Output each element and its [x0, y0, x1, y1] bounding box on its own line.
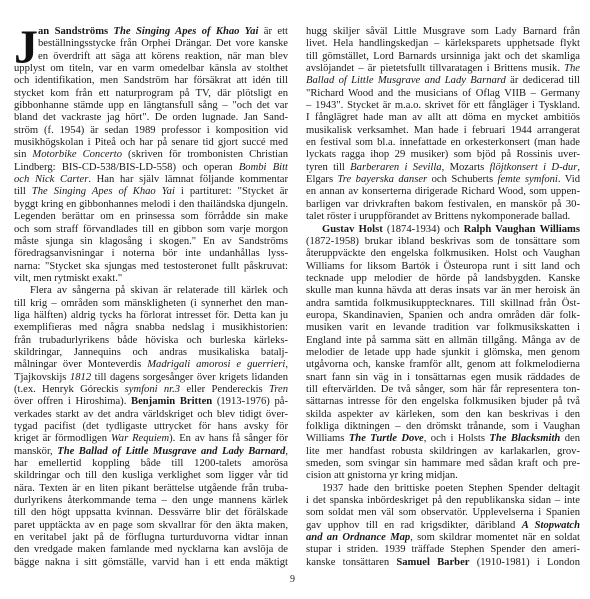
text-run: . Han har själv lämnat följande kommenta…: [88, 174, 288, 185]
text-run: , som skildrar momentet när en soldat: [410, 532, 580, 543]
text-run: musikalisk verksamhet. Man hade i februa…: [306, 125, 580, 136]
text-line: Tjajkovskijs 1812 till dagens sorgesånge…: [14, 372, 288, 384]
text-line: smeden, som svingar sin hammare med såda…: [306, 458, 580, 470]
text-run: talet röster i uruppförandet av Brittens…: [306, 211, 570, 222]
text-run: utgåvorna och, kanske framför allt, geno…: [306, 359, 580, 370]
text-run: Flera av sångerna på skivan är relaterad…: [30, 285, 288, 296]
text-run: från trubadurlyrikens både höviska och b…: [14, 335, 288, 346]
text-run: Lindberg: BIS-CD-538/BIS-LD-558) och ope…: [14, 162, 239, 173]
text-line: (1872-1958) brukar ibland beskrivas som …: [306, 236, 580, 248]
text-line: tecknade upp melodier de hörde på landsb…: [306, 273, 580, 285]
text-run: 1937 hade den brittiske poeten Stephen S…: [322, 483, 580, 494]
text-line: an Sandströms The Singing Apes of Khao Y…: [14, 26, 288, 38]
text-line: musiken varit en levande tradition var f…: [306, 322, 580, 334]
text-line: – 1943". Stycket är m.a.o. skrivet för e…: [306, 100, 580, 112]
text-line: till The Singing Apes of Khao Yai i part…: [14, 186, 288, 198]
bold-name: an Sandströms: [38, 26, 114, 37]
text-run: beställningsstycke från Orphei Drängar. …: [38, 38, 288, 49]
text-line: bägge nakna i sitt gömställe, varvid han…: [14, 557, 288, 569]
text-line: cision att gnistorna yr kring midjan.: [306, 470, 580, 482]
text-run: till dagens sorgesånger över krigets lid…: [91, 372, 288, 383]
text-run: andra samtida folkmusikupptecknares. Til…: [306, 298, 580, 309]
text-run: musiken varit en levande tradition var f…: [306, 322, 580, 333]
text-run: i det spanska inbördeskriget på den repu…: [306, 495, 580, 506]
text-run: livet. Hela handlingskedjan – kärlekspar…: [306, 38, 580, 49]
bold-italic-title: and an Ordnance Map: [306, 532, 410, 543]
text-run: och som straff förvandlades till en gibb…: [14, 224, 288, 235]
text-line: snart fann sin väg in i tonsättarnas ege…: [306, 372, 580, 384]
text-run: "Richard Wood and the musicians of Oflag…: [306, 88, 580, 99]
text-run: (1910-1981) i London: [469, 557, 580, 568]
text-run: Williams: [306, 433, 349, 444]
italic-title: symfoni nr.3: [125, 384, 180, 395]
text-line: Gustav Holst (1874-1934) och Ralph Vaugh…: [306, 224, 580, 236]
text-run: skildringar, Jannequins och andras musik…: [14, 347, 288, 358]
text-line: stupar i striden. 1939 träffade Stephen …: [306, 544, 580, 556]
text-line: skulle man kunna hävda att deras insats …: [306, 285, 580, 297]
left-column: J an Sandströms The Singing Apes of Khao…: [14, 26, 288, 569]
text-line: musikhögskolan i Piteå och har på senare…: [14, 137, 288, 149]
text-run: Legenden berättar om en prinsessa som fö…: [14, 211, 288, 222]
text-run: cision att gnistorna yr kring midjan.: [306, 470, 458, 481]
text-run: musikhögskolan i Piteå och har på senare…: [14, 137, 288, 148]
italic-title: Tre bayerska danser: [338, 174, 428, 185]
text-line: Flera av sångerna på skivan är relaterad…: [14, 285, 288, 297]
text-run: kriget är förmodligen: [14, 433, 111, 444]
text-run: ,: [577, 162, 580, 173]
text-line: and an Ordnance Map, som skildrar moment…: [306, 532, 580, 544]
text-line: narna: "Stycket ska sjungas med testoste…: [14, 261, 288, 273]
text-line: barligen var drivkraften bakom festivale…: [306, 199, 580, 211]
page-number: 9: [290, 574, 295, 585]
text-line: bland det vackraste jag hört". De orden …: [14, 112, 288, 124]
text-line: och Nick Carter. Han har själv lämnat fö…: [14, 174, 288, 186]
text-run: barligen var drivkraften bakom festivale…: [306, 199, 580, 210]
text-line: skildringar och till den kusliga verklig…: [14, 470, 288, 482]
text-run: som soldat men väl som observatör. Upple…: [306, 507, 580, 518]
text-line: manskör, The Ballad of Little Musgrave a…: [14, 446, 288, 458]
text-line: utgåvorna och, kanske framför allt, geno…: [306, 359, 580, 371]
text-line: upplyst om titeln, var en varm omedelbar…: [14, 63, 288, 75]
text-line: durlyrikens återkommande tema – den unge…: [14, 495, 288, 507]
text-run: manskör,: [14, 446, 57, 457]
text-line: den vredgade maken famlande med nycklarn…: [14, 544, 288, 556]
text-run: eller Pendereckis: [180, 384, 269, 395]
text-line: sin Motorbike Concerto (skriven för trom…: [14, 149, 288, 161]
text-line: Elgars Tre bayerska danser och Schuberts…: [306, 174, 580, 186]
text-run: är ett: [258, 26, 288, 37]
text-run: ,: [285, 446, 288, 457]
text-run: (skriven för trombonisten Christian: [122, 149, 288, 160]
text-run: Williams for liksom Bartók i Östeuropa r…: [306, 261, 580, 272]
text-line: har emellertid koppling både till 1200-t…: [14, 458, 288, 470]
text-line: andra samtida folkmusikupptecknares. Til…: [306, 298, 580, 310]
text-run: i partituret: "Stycket är: [175, 186, 288, 197]
bold-italic-title: The Turtle Dove: [349, 433, 424, 444]
text-line: en veritabel jakt på de förflugna turtur…: [14, 532, 288, 544]
text-run: sättarnas intresse för den engelska folk…: [306, 396, 580, 407]
bold-italic-title: The Ballad of Little Musgrave and Lady B…: [57, 446, 285, 457]
right-column: hugg skiljer såväl Little Musgrave som L…: [306, 26, 580, 569]
bold-italic-title: A Stopwatch: [522, 520, 580, 531]
text-line: från trubadurlyrikens både höviska och b…: [14, 335, 288, 347]
text-run: sin: [14, 149, 32, 160]
text-run: smeden, som svingar sin hammare med såda…: [306, 458, 580, 469]
text-run: stupar i striden. 1939 träffade Stephen …: [306, 544, 580, 555]
text-line: europa, Skandinavien, Spanien och andra …: [306, 310, 580, 322]
text-run: stycket kom från ett naturprogram på TV,…: [14, 88, 288, 99]
text-run: liga hälften) aldrig tycks ha förlorat i…: [14, 310, 288, 321]
text-line: avslöjandet – är pietetsfullt tillvarata…: [306, 63, 580, 75]
text-run: , Mozarts: [442, 162, 490, 173]
text-line: kanske tonsättaren Samuel Barber (1910-1…: [306, 557, 580, 569]
text-line: gav upphov till en rad krigsdikter, däri…: [306, 520, 580, 532]
text-run: Elgars: [306, 174, 338, 185]
text-run: avslöjandet – är pietetsfullt tillvarata…: [306, 63, 564, 74]
bold-name: Ralph Vaughan Williams: [464, 224, 580, 235]
italic-title: The Singing Apes of Khao Yai: [32, 186, 175, 197]
text-line: och som straff förvandlades till en gibb…: [14, 224, 288, 236]
text-line: England inte på samma sätt en allmän til…: [306, 335, 580, 347]
text-line: Williams for liksom Bartók i Östeuropa r…: [306, 261, 580, 273]
text-run: målningar över Monteverdis: [14, 359, 147, 370]
text-line: musikalisk verksamhet. Man hade i februa…: [306, 125, 580, 137]
italic-title: femte symfoni: [498, 174, 558, 185]
text-line: Ballad of Little Musgrave and Lady Barna…: [306, 75, 580, 87]
italic-title: Madrigali amorosi e guerrieri: [147, 359, 285, 370]
text-line: folkliga diktningen – den drömskt trånan…: [306, 421, 580, 433]
text-line: målningar över Monteverdis Madrigali amo…: [14, 359, 288, 371]
text-run: verkades starkt av det andra världskrige…: [14, 409, 288, 420]
italic-title: 1812: [70, 372, 91, 383]
text-run: och identifikation, men Sandström har fö…: [14, 75, 288, 86]
text-run: paret upptäckta av en page som skvallrar…: [14, 520, 288, 531]
text-run: en veritabel jakt på de förflugna turtur…: [14, 532, 288, 543]
text-run: durlyrikens återkommande tema – den unge…: [14, 495, 288, 506]
text-run: är dedicerad till: [506, 75, 580, 86]
text-line: vilt, men rytmiskt exakt.": [14, 273, 288, 285]
text-run: England inte på samma sätt en allmän til…: [306, 335, 580, 346]
text-run: en överdrift att säga att körens reaktio…: [38, 51, 288, 62]
text-run: ). En av hans få sånger för: [169, 433, 288, 444]
text-run: bägge nakna i sitt gömställe, varvid han…: [14, 557, 288, 568]
text-run: återuppväckte den engelska folkmusiken. …: [306, 248, 580, 259]
text-run: . Vid: [558, 174, 580, 185]
text-run: skilda aspekter av kärleken, som den kan…: [306, 409, 580, 420]
text-run: föredragsanvisningar i noterna bör inte …: [14, 248, 288, 259]
text-run: byggt kring en gibbonhannes melodi i den…: [14, 199, 288, 210]
text-run: skildringar och till den kusliga verklig…: [14, 470, 288, 481]
drop-cap: J: [14, 28, 38, 68]
bold-name: Samuel Barber: [396, 557, 469, 568]
text-run: nära. Texten är en liten pikant berättel…: [14, 483, 288, 494]
text-line: till krig – områden som mänskligheten (i…: [14, 298, 288, 310]
text-line: exemplifieras med några snabba nedslag i…: [14, 322, 288, 334]
text-line: liga hälften) aldrig tycks ha förlorat i…: [14, 310, 288, 322]
text-run: och Schuberts: [427, 174, 497, 185]
text-line: stycket kom från ett naturprogram på TV,…: [14, 88, 288, 100]
text-run: upplyst om titeln, var en varm omedelbar…: [14, 63, 288, 74]
text-line: tygad pacifist (det tydligaste uttrycket…: [14, 421, 288, 433]
bold-name: Gustav Holst: [322, 224, 383, 235]
text-line: som soldat men väl som observatör. Upple…: [306, 507, 580, 519]
text-line: en festival som bl.a. innefattade en ork…: [306, 137, 580, 149]
text-line: Legenden berättar om en prinsessa som fö…: [14, 211, 288, 223]
text-line: hugg skiljer såväl Little Musgrave som L…: [306, 26, 580, 38]
text-run: den: [560, 433, 580, 444]
text-line: 1937 hade den brittiske poeten Stephen S…: [306, 483, 580, 495]
text-run: narna: "Stycket ska sjungas med testoste…: [14, 261, 288, 272]
text-run: en festival som bl.a. innefattade en ork…: [306, 137, 580, 148]
text-run: till gömstället, Lord Barnards ursinniga…: [306, 51, 580, 62]
text-run: , och i Holsts: [424, 433, 490, 444]
text-run: Tjajkovskijs: [14, 372, 70, 383]
text-run: snart fann sin väg in i tonsättarnas ege…: [306, 372, 580, 383]
text-run: exemplifieras med några snabba nedslag i…: [14, 322, 288, 333]
bold-italic-title: The Blacksmith: [489, 433, 560, 444]
text-line: lyckats ragga ihop 29 musiker) som bjöd …: [306, 149, 580, 161]
text-run: (t.ex. Henryk Góreckis: [14, 384, 125, 395]
bold-name: Benjamin Britten: [131, 396, 212, 407]
text-line: sättarnas intresse för den engelska folk…: [306, 396, 580, 408]
text-line: och identifikation, men Sandström har fö…: [14, 75, 288, 87]
text-line: kriget är förmodligen War Requiem). En a…: [14, 433, 288, 445]
text-line: måste sjunga sin klagosång i skogen." En…: [14, 236, 288, 248]
text-run: europa, Skandinavien, Spanien och andra …: [306, 310, 580, 321]
text-line: skildringar, Jannequins och andras musik…: [14, 347, 288, 359]
italic-title: Bombi Bitt: [239, 162, 288, 173]
text-run: (1874-1934) och: [383, 224, 464, 235]
text-line: livet. Hela handlingskedjan – kärlekspar…: [306, 38, 580, 50]
text-line: till eftervärlden. De två sånger, som hä…: [306, 384, 580, 396]
text-run: bland det vackraste jag hört". De orden …: [14, 112, 288, 123]
text-run: vilt, men rytmiskt exakt.": [14, 273, 122, 284]
text-line: nära. Texten är en liten pikant berättel…: [14, 483, 288, 495]
text-run: (1872-1958) brukar ibland beskrivas som …: [306, 236, 580, 247]
text-line: i det spanska inbördeskriget på den repu…: [306, 495, 580, 507]
text-run: melodier de letade upp hade sjunkit i gl…: [306, 347, 580, 358]
text-line: skilda aspekter av kärleken, som den kan…: [306, 409, 580, 421]
text-run: till den högt uppsatta kvinnan. Dessvärr…: [14, 507, 288, 518]
text-line: beställningsstycke från Orphei Drängar. …: [14, 38, 288, 50]
text-line: återuppväckte den engelska folkmusiken. …: [306, 248, 580, 260]
text-run: lite mer handfast robusta skildringen av…: [306, 446, 580, 457]
italic-title: Ballad of Little Musgrave and Lady Barna…: [306, 75, 506, 86]
text-line: en annan av konserterna dirigerade Richa…: [306, 186, 580, 198]
text-run: en annan av konserterna dirigerade Richa…: [306, 186, 580, 197]
text-line: Williams The Turtle Dove, och i Holsts T…: [306, 433, 580, 445]
italic-title: The: [564, 63, 580, 74]
text-line: till den högt uppsatta kvinnan. Dessvärr…: [14, 507, 288, 519]
text-line: föredragsanvisningar i noterna bör inte …: [14, 248, 288, 260]
italic-title: Motorbike Concerto: [32, 149, 122, 160]
text-line: en överdrift att säga att körens reaktio…: [14, 51, 288, 63]
text-line: gibbonhanne stämde upp en längtansfull s…: [14, 100, 288, 112]
text-run: skulle man kunna hävda att deras insats …: [306, 285, 580, 296]
text-line: Lindberg: BIS-CD-538/BIS-LD-558) och ope…: [14, 162, 288, 174]
text-line: (t.ex. Henryk Góreckis symfoni nr.3 elle…: [14, 384, 288, 396]
text-run: har emellertid koppling både till 1200-t…: [14, 458, 288, 469]
text-run: till eftervärlden. De två sånger, som hä…: [306, 384, 580, 395]
text-run: gibbonhanne stämde upp en längtansfull s…: [14, 100, 288, 111]
text-run: tygad pacifist (det tydligaste uttrycket…: [14, 421, 288, 432]
text-run: över offren i Hiroshima).: [14, 396, 131, 407]
text-run: tyren till: [306, 162, 350, 173]
text-run: (1913-1976) på-: [212, 396, 288, 407]
text-run: måste sjunga sin klagosång i skogen." En…: [14, 236, 288, 247]
text-run: tecknade upp melodier de hörde på landsb…: [306, 273, 580, 284]
italic-title: Barberaren i Sevilla: [350, 162, 441, 173]
text-line: "Richard Wood and the musicians of Oflag…: [306, 88, 580, 100]
text-line: ström (f. 1954) är sedan 1989 professor …: [14, 125, 288, 137]
text-line: till gömstället, Lord Barnards ursinniga…: [306, 51, 580, 63]
text-run: gav upphov till en rad krigsdikter, däri…: [306, 520, 522, 531]
text-run: den vredgade maken famlande med nycklarn…: [14, 544, 288, 555]
text-run: ,: [285, 359, 288, 370]
italic-title: flöjtkonsert i D-dur: [490, 162, 578, 173]
text-line: lite mer handfast robusta skildringen av…: [306, 446, 580, 458]
text-run: ström (f. 1954) är sedan 1989 professor …: [14, 125, 288, 136]
text-line: verkades starkt av det andra världskrige…: [14, 409, 288, 421]
bold-italic-title: The Singing Apes of Khao Yai: [114, 26, 259, 37]
text-line: tyren till Barberaren i Sevilla, Mozarts…: [306, 162, 580, 174]
text-line: över offren i Hiroshima). Benjamin Britt…: [14, 396, 288, 408]
text-run: folkliga diktningen – den drömskt trånan…: [306, 421, 580, 432]
text-run: lyckats ragga ihop 29 musiker) som bjöd …: [306, 149, 580, 160]
text-run: kanske tonsättaren: [306, 557, 396, 568]
text-line: I fånglägret hade man av allt att döma e…: [306, 112, 580, 124]
text-line: talet röster i uruppförandet av Brittens…: [306, 211, 580, 223]
text-run: hugg skiljer såväl Little Musgrave som L…: [306, 26, 580, 37]
italic-title: och Nick Carter: [14, 174, 88, 185]
italic-title: Tren: [269, 384, 288, 395]
text-line: paret upptäckta av en page som skvallrar…: [14, 520, 288, 532]
text-run: till: [14, 186, 32, 197]
text-run: – 1943". Stycket är m.a.o. skrivet för e…: [306, 100, 580, 111]
text-line: melodier de letade upp hade sjunkit i gl…: [306, 347, 580, 359]
text-run: till krig – områden som mänskligheten (i…: [14, 298, 288, 309]
text-run: I fånglägret hade man av allt att döma e…: [306, 112, 580, 123]
text-line: byggt kring en gibbonhannes melodi i den…: [14, 199, 288, 211]
italic-title: War Requiem: [111, 433, 169, 444]
